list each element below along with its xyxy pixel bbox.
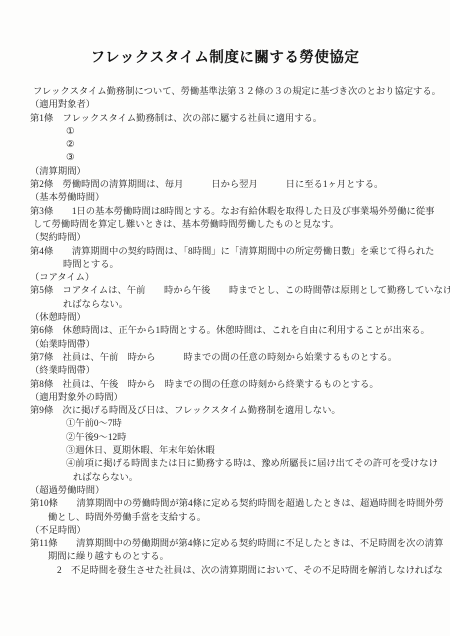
document-line: （終業時間帶） [30, 365, 450, 378]
document-title: フレックスタイム制度に關する勞使協定 [0, 46, 450, 67]
document-line: して勞働時間を算定し難いときは、基本勞働時間勞働したものと見なす。 [30, 219, 450, 232]
document-line: 第9條 次に掲げる時間及び日は、フレックスタイム勤務制を適用しない。 [30, 405, 450, 418]
document-line: （基本勞働時間） [30, 192, 450, 205]
document-line: ③ [30, 152, 450, 165]
document-line: ④前項に掲げる時間または日に勤務する時は、豫め所屬長に屆け出てその許可を受けなけ [30, 458, 450, 471]
document-line: 第8條 社員は、午後 時から 時までの間の任意の時刻から終業するものとする。 [30, 379, 450, 392]
document-line: （適用對象者） [30, 99, 450, 112]
document-line: 2 不足時間を發生させた社員は、次の淸算期間において、その不足時間を解消しなけれ… [30, 565, 450, 578]
document-line: ① [30, 126, 450, 139]
document-line: 第6條 休憩時間は、正午から1時間とする。休憩時間は、これを自由に利用することが… [30, 325, 450, 338]
document-line: 第2條 勞働時間の淸算期間は、毎月 日から翌月 日に至る1ヶ月とする。 [30, 179, 450, 192]
document-line: 働とし、時間外勞働手當を支給する。 [30, 512, 450, 525]
document-line: （休憩時間） [30, 312, 450, 325]
document-line: （超過勞働時間） [30, 485, 450, 498]
document-line: 第3條 1日の基本勞働時間は8時間とする。なお有給休暇を取得した日及び事業場外勞… [30, 206, 450, 219]
document-line: （淸算期間） [30, 166, 450, 179]
document-line: ③週休日、夏期休暇、年末年始休暇 [30, 445, 450, 458]
document-line: 第4條 淸算期間中の契約時間は、「8時間」に「淸算期間中の所定勞働日數」を乘じて… [30, 246, 450, 259]
document-page: フレックスタイム制度に關する勞使協定 フレックスタイム勤務制について、勞働基準法… [0, 0, 450, 636]
document-line: （適用對象外の時間） [30, 392, 450, 405]
document-line: ②午後9～12時 [30, 432, 450, 445]
document-line: 期間に繰り越すものとする。 [30, 551, 450, 564]
document-body: フレックスタイム勤務制について、勞働基準法第３２條の３の規定に基づき次のとおり協… [0, 86, 450, 578]
document-line: （始業時間帶） [30, 339, 450, 352]
document-line: （不足時間） [30, 525, 450, 538]
document-line: 第7條 社員は、午前 時から 時までの間の任意の時刻から始業するものとする。 [30, 352, 450, 365]
document-line: （コアタイム） [30, 272, 450, 285]
document-line: 第11條 淸算期間中の勞働期間が第4條に定める契約時間に不足したときは、不足時間… [30, 538, 450, 551]
document-line: （契約時間） [30, 232, 450, 245]
document-line: 第5條 コアタイムは、午前 時から午後 時までとし、この時間帶は原則として勤務し… [30, 285, 450, 298]
document-line: ①午前0～7時 [30, 418, 450, 431]
document-line: 第1條 フレックスタイム勤務制は、次の部に屬する社員に適用する。 [30, 113, 450, 126]
document-line: ればならない。 [30, 299, 450, 312]
document-line: 第10條 淸算期間中の勞働時間が第4條に定める契約時間を超過したときは、超過時間… [30, 498, 450, 511]
document-line: フレックスタイム勤務制について、勞働基準法第３２條の３の規定に基づき次のとおり協… [30, 86, 450, 99]
document-line: ればならない。 [30, 472, 450, 485]
document-line: 時間とする。 [30, 259, 450, 272]
document-line: ② [30, 139, 450, 152]
